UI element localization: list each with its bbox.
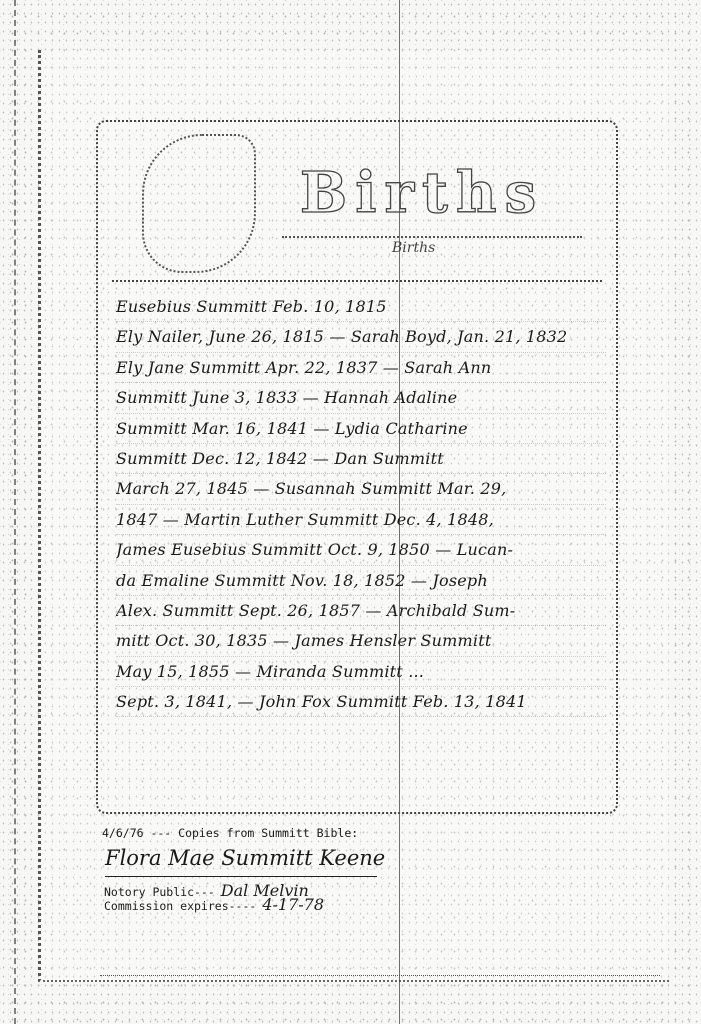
header-banner: Births Births: [112, 128, 602, 282]
entry-line: Summitt Mar. 16, 1841 — Lydia Catharine: [116, 414, 606, 444]
signature: Flora Mae Summitt Keene: [105, 846, 377, 877]
entry-line: Summitt June 3, 1833 — Hannah Adaline: [116, 383, 606, 413]
entry-line: Ely Jane Summitt Apr. 22, 1837 — Sarah A…: [116, 353, 606, 383]
entry-line: James Eusebius Summitt Oct. 9, 1850 — Lu…: [116, 535, 606, 565]
entry-line: Sept. 3, 1841, — John Fox Summitt Feb. 1…: [116, 687, 606, 717]
entry-line: Alex. Summitt Sept. 26, 1857 — Archibald…: [116, 596, 606, 626]
bottom-rule: [100, 975, 660, 976]
birth-entries: Eusebius Summitt Feb. 10, 1815 Ely Naile…: [116, 292, 606, 717]
entry-line: Summitt Dec. 12, 1842 — Dan Summitt: [116, 444, 606, 474]
ornament-icon: [142, 134, 256, 273]
entry-line: 1847 — Martin Luther Summitt Dec. 4, 184…: [116, 505, 606, 535]
entry-line: May 15, 1855 — Miranda Summitt ...: [116, 657, 606, 687]
notary-block: Notory Public---Dal Melvin Commission ex…: [104, 884, 324, 912]
entry-line: March 27, 1845 — Susannah Summitt Mar. 2…: [116, 474, 606, 504]
notary-label: Notory Public---: [104, 885, 215, 899]
header-rule: [282, 236, 582, 238]
header-title: Births: [262, 158, 582, 228]
commission-date: 4-17-78: [262, 895, 324, 914]
copy-note-text: 4/6/76 --- Copies from Summitt Bible:: [102, 826, 358, 840]
entry-line: Eusebius Summitt Feb. 10, 1815: [116, 292, 606, 322]
entry-line: da Emaline Summitt Nov. 18, 1852 — Josep…: [116, 566, 606, 596]
scan-edge: [14, 0, 18, 1024]
entry-line: mitt Oct. 30, 1835 — James Hensler Summi…: [116, 626, 606, 656]
commission-label: Commission expires----: [104, 899, 256, 913]
entry-line: Ely Nailer, June 26, 1815 — Sarah Boyd, …: [116, 322, 606, 352]
header-subtitle: Births: [392, 240, 435, 256]
copy-note: 4/6/76 --- Copies from Summitt Bible:: [102, 826, 358, 840]
commission-row: Commission expires----4-17-78: [104, 898, 324, 912]
